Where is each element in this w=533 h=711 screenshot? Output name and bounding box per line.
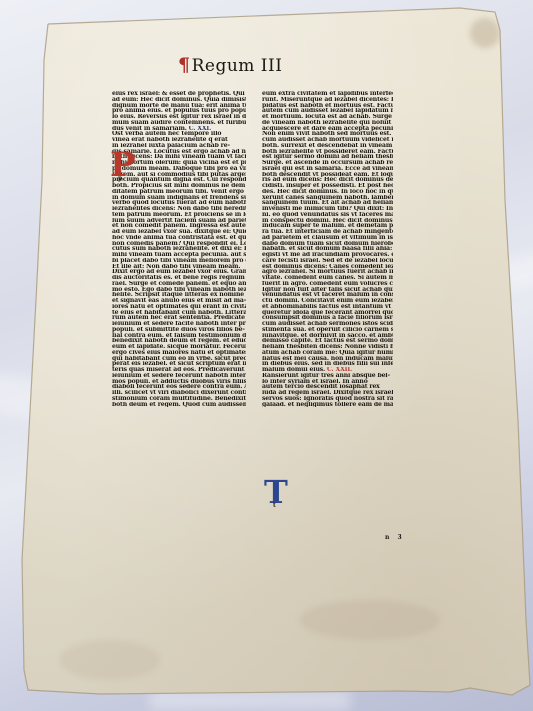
paper-stain — [300, 600, 440, 640]
guide-letter: p — [118, 162, 122, 196]
text-column-right: eum extra civitatem et lapidibus interfe… — [262, 91, 393, 407]
illuminated-initial-right: T t — [264, 476, 288, 508]
corner-stain — [470, 18, 500, 48]
initial-letter: P — [110, 145, 136, 185]
text-line: galaad. et negligimus tollere eam de man… — [262, 402, 393, 408]
paragraph-mark: ¶ — [178, 54, 191, 76]
running-head-title: Regum III — [192, 56, 283, 76]
text-line: both deum et regem. Quod cum audissent — [112, 402, 246, 408]
text-column-left: eius rex israel: & esset de prophetis. Q… — [112, 91, 246, 407]
paper-stain — [60, 640, 160, 680]
running-head: ¶Regum III — [178, 54, 282, 76]
guide-letter: t — [273, 490, 276, 522]
illuminated-initial-left: P p — [110, 148, 136, 182]
signature-mark: n 3 — [385, 534, 405, 541]
